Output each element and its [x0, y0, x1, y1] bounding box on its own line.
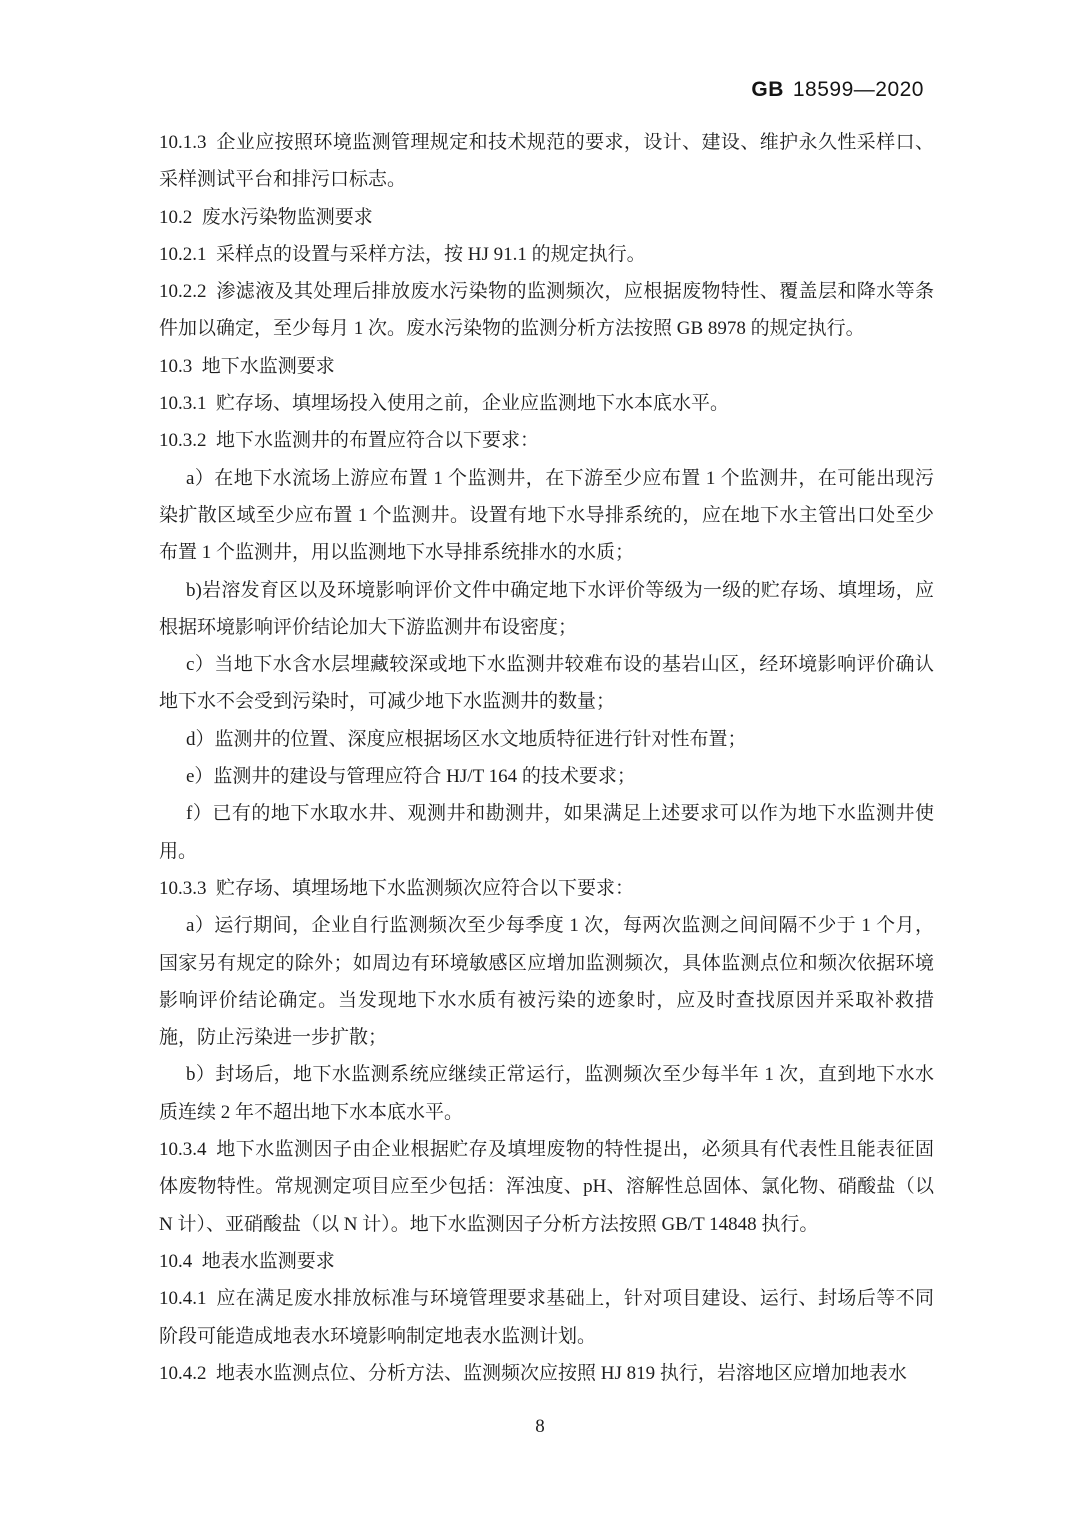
heading-10-2: 10.2 废水污染物监测要求 [159, 199, 934, 236]
clause-10-3-3: 10.3.3 贮存场、填埋场地下水监测频次应符合以下要求： [159, 870, 934, 907]
clause-10-2-2: 10.2.2 渗滤液及其处理后排放废水污染物的监测频次，应根据废物特性、覆盖层和… [159, 273, 934, 348]
clause-10-3-1: 10.3.1 贮存场、填埋场投入使用之前，企业应监测地下水本底水平。 [159, 385, 934, 422]
clause-10-1-3: 10.1.3 企业应按照环境监测管理规定和技术规范的要求，设计、建设、维护永久性… [159, 124, 934, 199]
list-item-10-3-3-b: b）封场后，地下水监测系统应继续正常运行，监测频次至少每半年 1 次，直到地下水… [159, 1056, 934, 1131]
list-item-10-3-2-e: e）监测井的建设与管理应符合 HJ/T 164 的技术要求； [159, 758, 934, 795]
document-page: GB18599—2020 10.1.3 企业应按照环境监测管理规定和技术规范的要… [0, 0, 1080, 1527]
clause-10-3-2: 10.3.2 地下水监测井的布置应符合以下要求： [159, 422, 934, 459]
list-item-10-3-2-b: b)岩溶发育区以及环境影响评价文件中确定地下水评价等级为一级的贮存场、填埋场，应… [159, 572, 934, 647]
standard-code: GB18599—2020 [751, 78, 924, 102]
list-item-10-3-3-a: a）运行期间，企业自行监测频次至少每季度 1 次，每两次监测之间间隔不少于 1 … [159, 907, 934, 1056]
clause-10-4-1: 10.4.1 应在满足废水排放标准与环境管理要求基础上，针对项目建设、运行、封场… [159, 1280, 934, 1355]
standard-code-number: 18599—2020 [793, 78, 924, 101]
clause-10-3-4: 10.3.4 地下水监测因子由企业根据贮存及填埋废物的特性提出，必须具有代表性且… [159, 1131, 934, 1243]
list-item-10-3-2-a: a）在地下水流场上游应布置 1 个监测井，在下游至少应布置 1 个监测井，在可能… [159, 460, 934, 572]
clause-10-2-1: 10.2.1 采样点的设置与采样方法，按 HJ 91.1 的规定执行。 [159, 236, 934, 273]
standard-code-prefix: GB [751, 78, 784, 101]
list-item-10-3-2-c: c）当地下水含水层埋藏较深或地下水监测井较难布设的基岩山区，经环境影响评价确认地… [159, 646, 934, 721]
list-item-10-3-2-d: d）监测井的位置、深度应根据场区水文地质特征进行针对性布置； [159, 721, 934, 758]
document-body: 10.1.3 企业应按照环境监测管理规定和技术规范的要求，设计、建设、维护永久性… [159, 124, 934, 1392]
heading-10-4: 10.4 地表水监测要求 [159, 1243, 934, 1280]
clause-10-4-2: 10.4.2 地表水监测点位、分析方法、监测频次应按照 HJ 819 执行，岩溶… [159, 1355, 934, 1392]
heading-10-3: 10.3 地下水监测要求 [159, 348, 934, 385]
list-item-10-3-2-f: f）已有的地下水取水井、观测井和勘测井，如果满足上述要求可以作为地下水监测井使用… [159, 795, 934, 870]
page-number: 8 [0, 1408, 1080, 1445]
